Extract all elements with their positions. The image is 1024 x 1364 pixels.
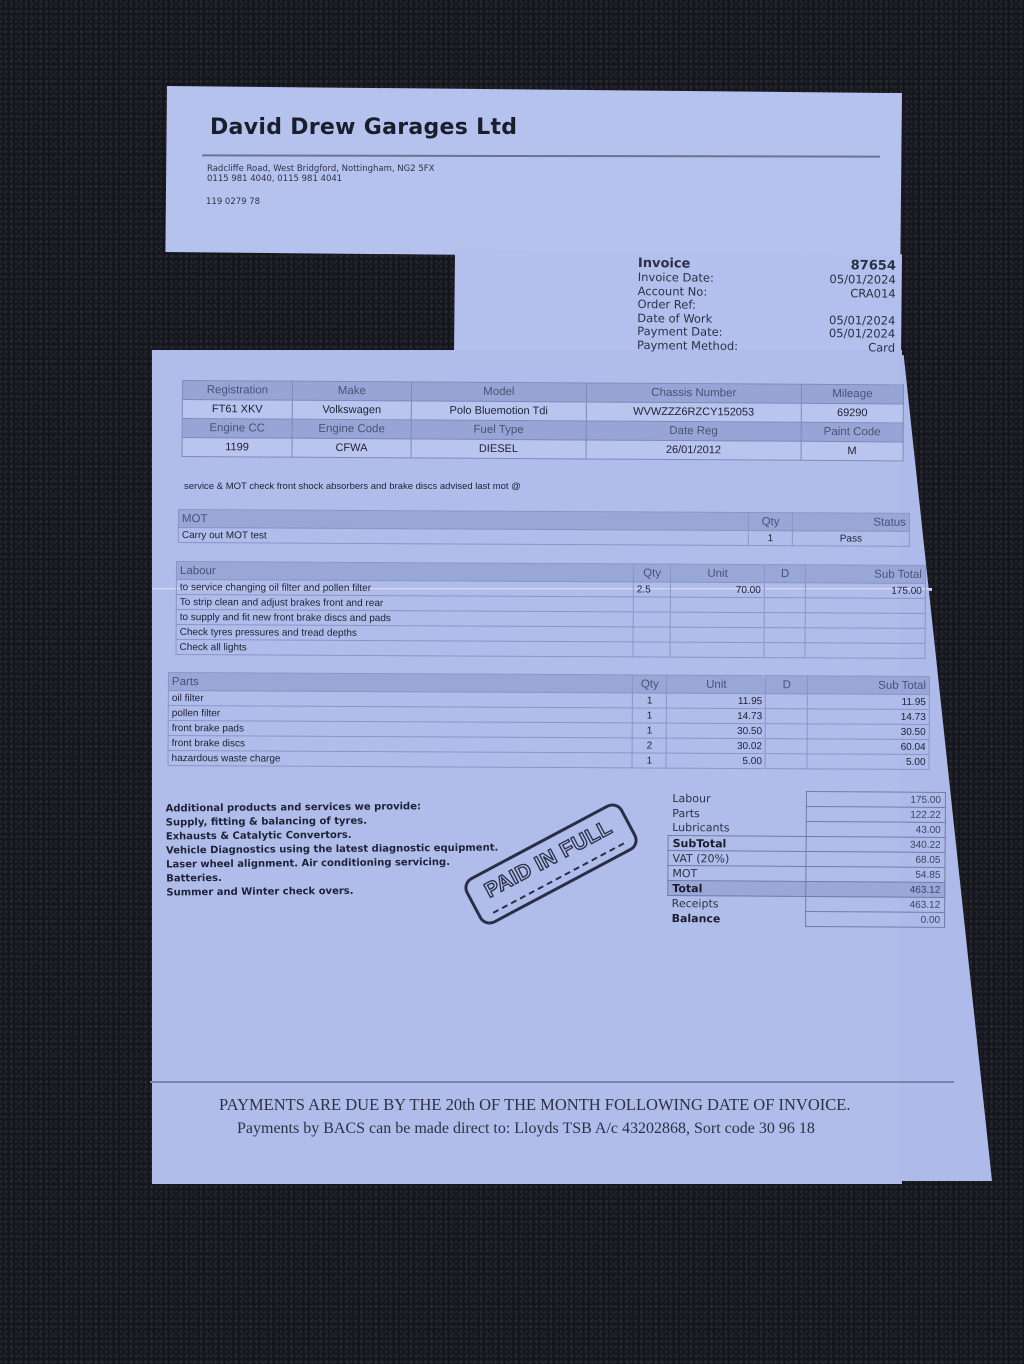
totals-value: 340.22 (806, 836, 945, 852)
totals-value: 175.00 (806, 791, 945, 807)
labour-cell: Check all lights (176, 640, 633, 657)
vehicle-header-cell: Chassis Number (586, 383, 801, 403)
invoice-field-value: Card (868, 341, 895, 355)
parts-cell: 5.00 (666, 753, 765, 769)
labour-cell: 175.00 (805, 583, 925, 599)
labour-cell (633, 627, 671, 642)
totals-label: Parts (668, 806, 806, 822)
labour-cell (633, 612, 671, 627)
mot-cell: Carry out MOT test (178, 528, 748, 546)
bank-details: Payments by BACS can be made direct to: … (237, 1120, 815, 1138)
vehicle-table: RegistrationMakeModelChassis NumberMilea… (182, 380, 904, 461)
parts-cell: 14.73 (667, 708, 766, 724)
totals-label: SubTotal (668, 836, 806, 852)
labour-cell (671, 597, 765, 612)
service-line: Laser wheel alignment. Air conditioning … (166, 856, 498, 873)
vehicle-value-cell: M (801, 441, 903, 461)
labour-cell (633, 642, 671, 657)
footer-divider (150, 1081, 954, 1083)
totals-value: 122.22 (806, 806, 945, 822)
parts-table: PartsQtyUnitDSub Totaloil filter111.9511… (168, 672, 930, 770)
parts-cell: 30.02 (667, 738, 766, 754)
parts-cell (766, 694, 808, 709)
parts-cell: 30.50 (807, 724, 929, 740)
totals-value: 43.00 (806, 821, 945, 837)
labour-row: Check all lights (176, 640, 925, 659)
phone-line: 0115 981 4040, 0115 981 4041 (207, 174, 434, 184)
totals-value: 54.85 (806, 866, 945, 882)
vehicle-value-cell: FT61 XKV (182, 400, 292, 420)
labour-column-header: Unit (671, 564, 765, 582)
vehicle-value-cell: Volkswagen (292, 400, 411, 420)
parts-cell: 60.04 (807, 739, 929, 755)
parts-cell: 2 (632, 738, 666, 753)
parts-column-header: Sub Total (808, 676, 930, 695)
invoice-field-row: Payment Method:Card (637, 338, 895, 354)
labour-cell (764, 583, 805, 598)
vehicle-header-cell: Paint Code (801, 422, 903, 442)
vehicle-row: 1199CFWADIESEL26/01/2012M (182, 438, 903, 461)
labour-table: LabourQtyUnitDSub Totalto service changi… (176, 561, 926, 659)
service-line: Summer and Winter check overs. (166, 884, 498, 901)
invoice-field-value: 05/01/2024 (829, 327, 895, 341)
vehicle-header-cell: Engine CC (182, 419, 292, 439)
labour-cell: 2.5 (633, 582, 671, 597)
additional-services: Additional products and services we prov… (166, 800, 499, 901)
parts-cell: 1 (633, 693, 667, 708)
parts-cell: 14.73 (807, 709, 929, 725)
totals-value: 463.12 (806, 896, 945, 912)
labour-cell (805, 598, 925, 614)
vehicle-value-cell: 1199 (182, 438, 292, 458)
labour-cell (805, 613, 925, 629)
labour-cell (670, 612, 764, 627)
vehicle-value-cell: DIESEL (411, 439, 586, 459)
vehicle-header-cell: Engine Code (292, 419, 411, 439)
parts-column-header: Parts (168, 673, 632, 693)
company-address: Radcliffe Road, West Bridgford, Nottingh… (207, 164, 434, 184)
vehicle-header-cell: Mileage (801, 384, 903, 404)
vehicle-header-cell: Make (292, 381, 411, 401)
labour-column-header: Labour (176, 562, 633, 582)
totals-table: Labour175.00Parts122.22Lubricants43.00Su… (667, 790, 946, 928)
parts-cell (765, 739, 807, 754)
vehicle-header-cell: Date Reg (586, 421, 801, 441)
vehicle-value-cell: Polo Bluemotion Tdi (411, 401, 586, 421)
labour-column-header: Sub Total (806, 565, 926, 584)
labour-cell: 70.00 (671, 582, 765, 597)
invoice-field-value: CRA014 (850, 287, 896, 301)
mot-table: MOTQtyStatusCarry out MOT test1Pass (178, 509, 910, 547)
mot-column-header: Status (792, 513, 909, 532)
vehicle-value-cell: CFWA (292, 438, 411, 458)
payment-terms: PAYMENTS ARE DUE BY THE 20th OF THE MONT… (219, 1095, 850, 1115)
vehicle-value-cell: WVWZZZ6RZCY152053 (586, 402, 801, 422)
labour-cell (764, 628, 805, 643)
job-note: service & MOT check front shock absorber… (184, 481, 521, 492)
labour-cell (670, 627, 764, 642)
company-name: David Drew Garages Ltd (210, 115, 517, 140)
totals-value: 463.12 (806, 881, 945, 897)
totals-label: Receipts (668, 896, 806, 912)
parts-column-header: D (766, 676, 808, 694)
labour-cell (633, 597, 671, 612)
parts-column-header: Qty (633, 675, 667, 693)
totals-label: Total (668, 881, 806, 897)
mot-row: Carry out MOT test1Pass (178, 528, 909, 547)
totals-row: Receipts463.12 (668, 896, 945, 913)
parts-cell: 30.50 (667, 723, 766, 739)
totals-value: 0.00 (806, 911, 945, 927)
parts-cell: 1 (632, 753, 666, 768)
mot-cell: 1 (748, 530, 792, 545)
vehicle-value-cell: 26/01/2012 (586, 440, 801, 460)
vehicle-value-cell: 69290 (801, 403, 903, 423)
invoice-details: Invoice 87654 Invoice Date:05/01/2024Acc… (637, 256, 896, 355)
company-reg-number: 119 0279 78 (206, 197, 260, 207)
totals-row: Balance0.00 (668, 911, 945, 928)
parts-cell: 11.95 (667, 693, 766, 709)
address-line: Radcliffe Road, West Bridgford, Nottingh… (207, 164, 434, 174)
vehicle-header-cell: Model (411, 382, 586, 402)
invoice-field-label: Payment Method: (637, 338, 738, 353)
labour-column-header: D (764, 565, 805, 583)
parts-cell: 1 (632, 708, 666, 723)
parts-cell: hazardous waste charge (168, 751, 632, 768)
parts-cell (766, 724, 808, 739)
totals-label: Labour (668, 791, 806, 807)
invoice-field-value: 05/01/2024 (829, 273, 895, 287)
parts-cell: 1 (632, 723, 666, 738)
totals-label: VAT (20%) (668, 851, 806, 867)
labour-cell (670, 642, 764, 657)
totals-label: Lubricants (668, 821, 806, 837)
labour-cell (764, 643, 805, 658)
parts-cell (766, 709, 808, 724)
parts-cell: 11.95 (808, 694, 930, 710)
mot-column-header: Qty (749, 512, 793, 530)
labour-cell (805, 628, 925, 644)
vehicle-header-cell: Fuel Type (411, 420, 586, 440)
labour-cell (805, 643, 925, 659)
parts-column-header: Unit (667, 675, 766, 694)
labour-cell (764, 613, 805, 628)
totals-label: MOT (668, 866, 806, 882)
parts-cell (765, 754, 807, 769)
labour-column-header: Qty (633, 564, 671, 582)
totals-value: 68.05 (806, 851, 945, 867)
labour-cell (764, 598, 805, 613)
invoice-field-label: Order Ref: (637, 298, 696, 312)
totals-label: Balance (668, 911, 806, 927)
mot-cell: Pass (792, 531, 909, 547)
vehicle-header-cell: Registration (182, 381, 292, 401)
parts-cell: 5.00 (807, 754, 929, 770)
